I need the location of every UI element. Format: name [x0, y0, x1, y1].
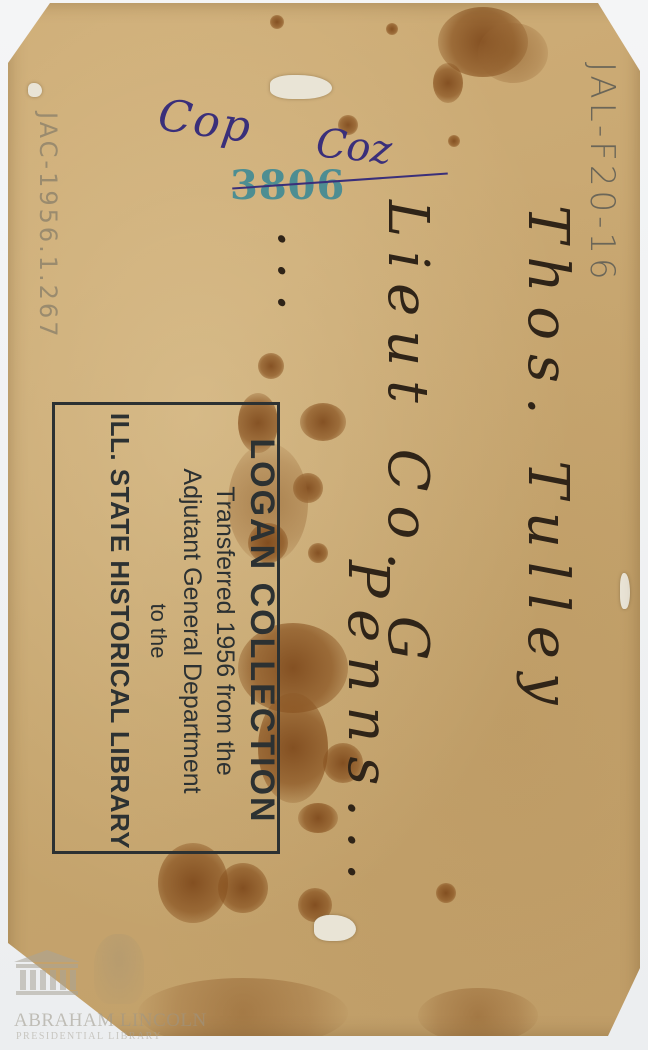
handwriting-line-3: Penns...: [335, 560, 400, 895]
stamp-transfer-line: Transferred 1956 from the: [212, 405, 237, 857]
handwriting-line-4: ...: [265, 230, 330, 325]
stamp-department-line: Adjutant General Department: [179, 405, 204, 857]
stain: [386, 23, 398, 35]
document-scan: Cop Coz 3806 JAL-F20-16 JAC-1956.1.267 T…: [0, 0, 648, 1050]
handwriting-line-1: Thos. Tulley: [515, 205, 580, 719]
paper-tear: [270, 75, 332, 99]
stain: [436, 883, 456, 903]
stain: [270, 15, 284, 29]
stamp-text: LOGAN COLLECTION Transferred 1956 from t…: [55, 405, 283, 857]
catalog-number-right: JAL-F20-16: [582, 62, 622, 284]
stamp-to-the-line: to the: [147, 405, 169, 857]
catalog-number-left: JAC-1956.1.267: [34, 112, 62, 339]
library-stamp: LOGAN COLLECTION Transferred 1956 from t…: [52, 402, 280, 854]
stain: [218, 863, 268, 913]
stain: [298, 803, 338, 833]
paper-tear: [314, 915, 356, 941]
stain: [478, 23, 548, 83]
stain: [433, 63, 463, 103]
stain: [138, 978, 348, 1048]
paper-tear: [620, 573, 630, 609]
stain: [258, 353, 284, 379]
pin-hole: [28, 83, 42, 97]
stain: [448, 135, 460, 147]
stain: [308, 543, 328, 563]
stain: [300, 403, 346, 441]
stamp-library-name: ILL. STATE HISTORICAL LIBRARY: [107, 405, 133, 857]
stamp-collection-name: LOGAN COLLECTION: [245, 405, 279, 857]
stain: [418, 988, 538, 1043]
